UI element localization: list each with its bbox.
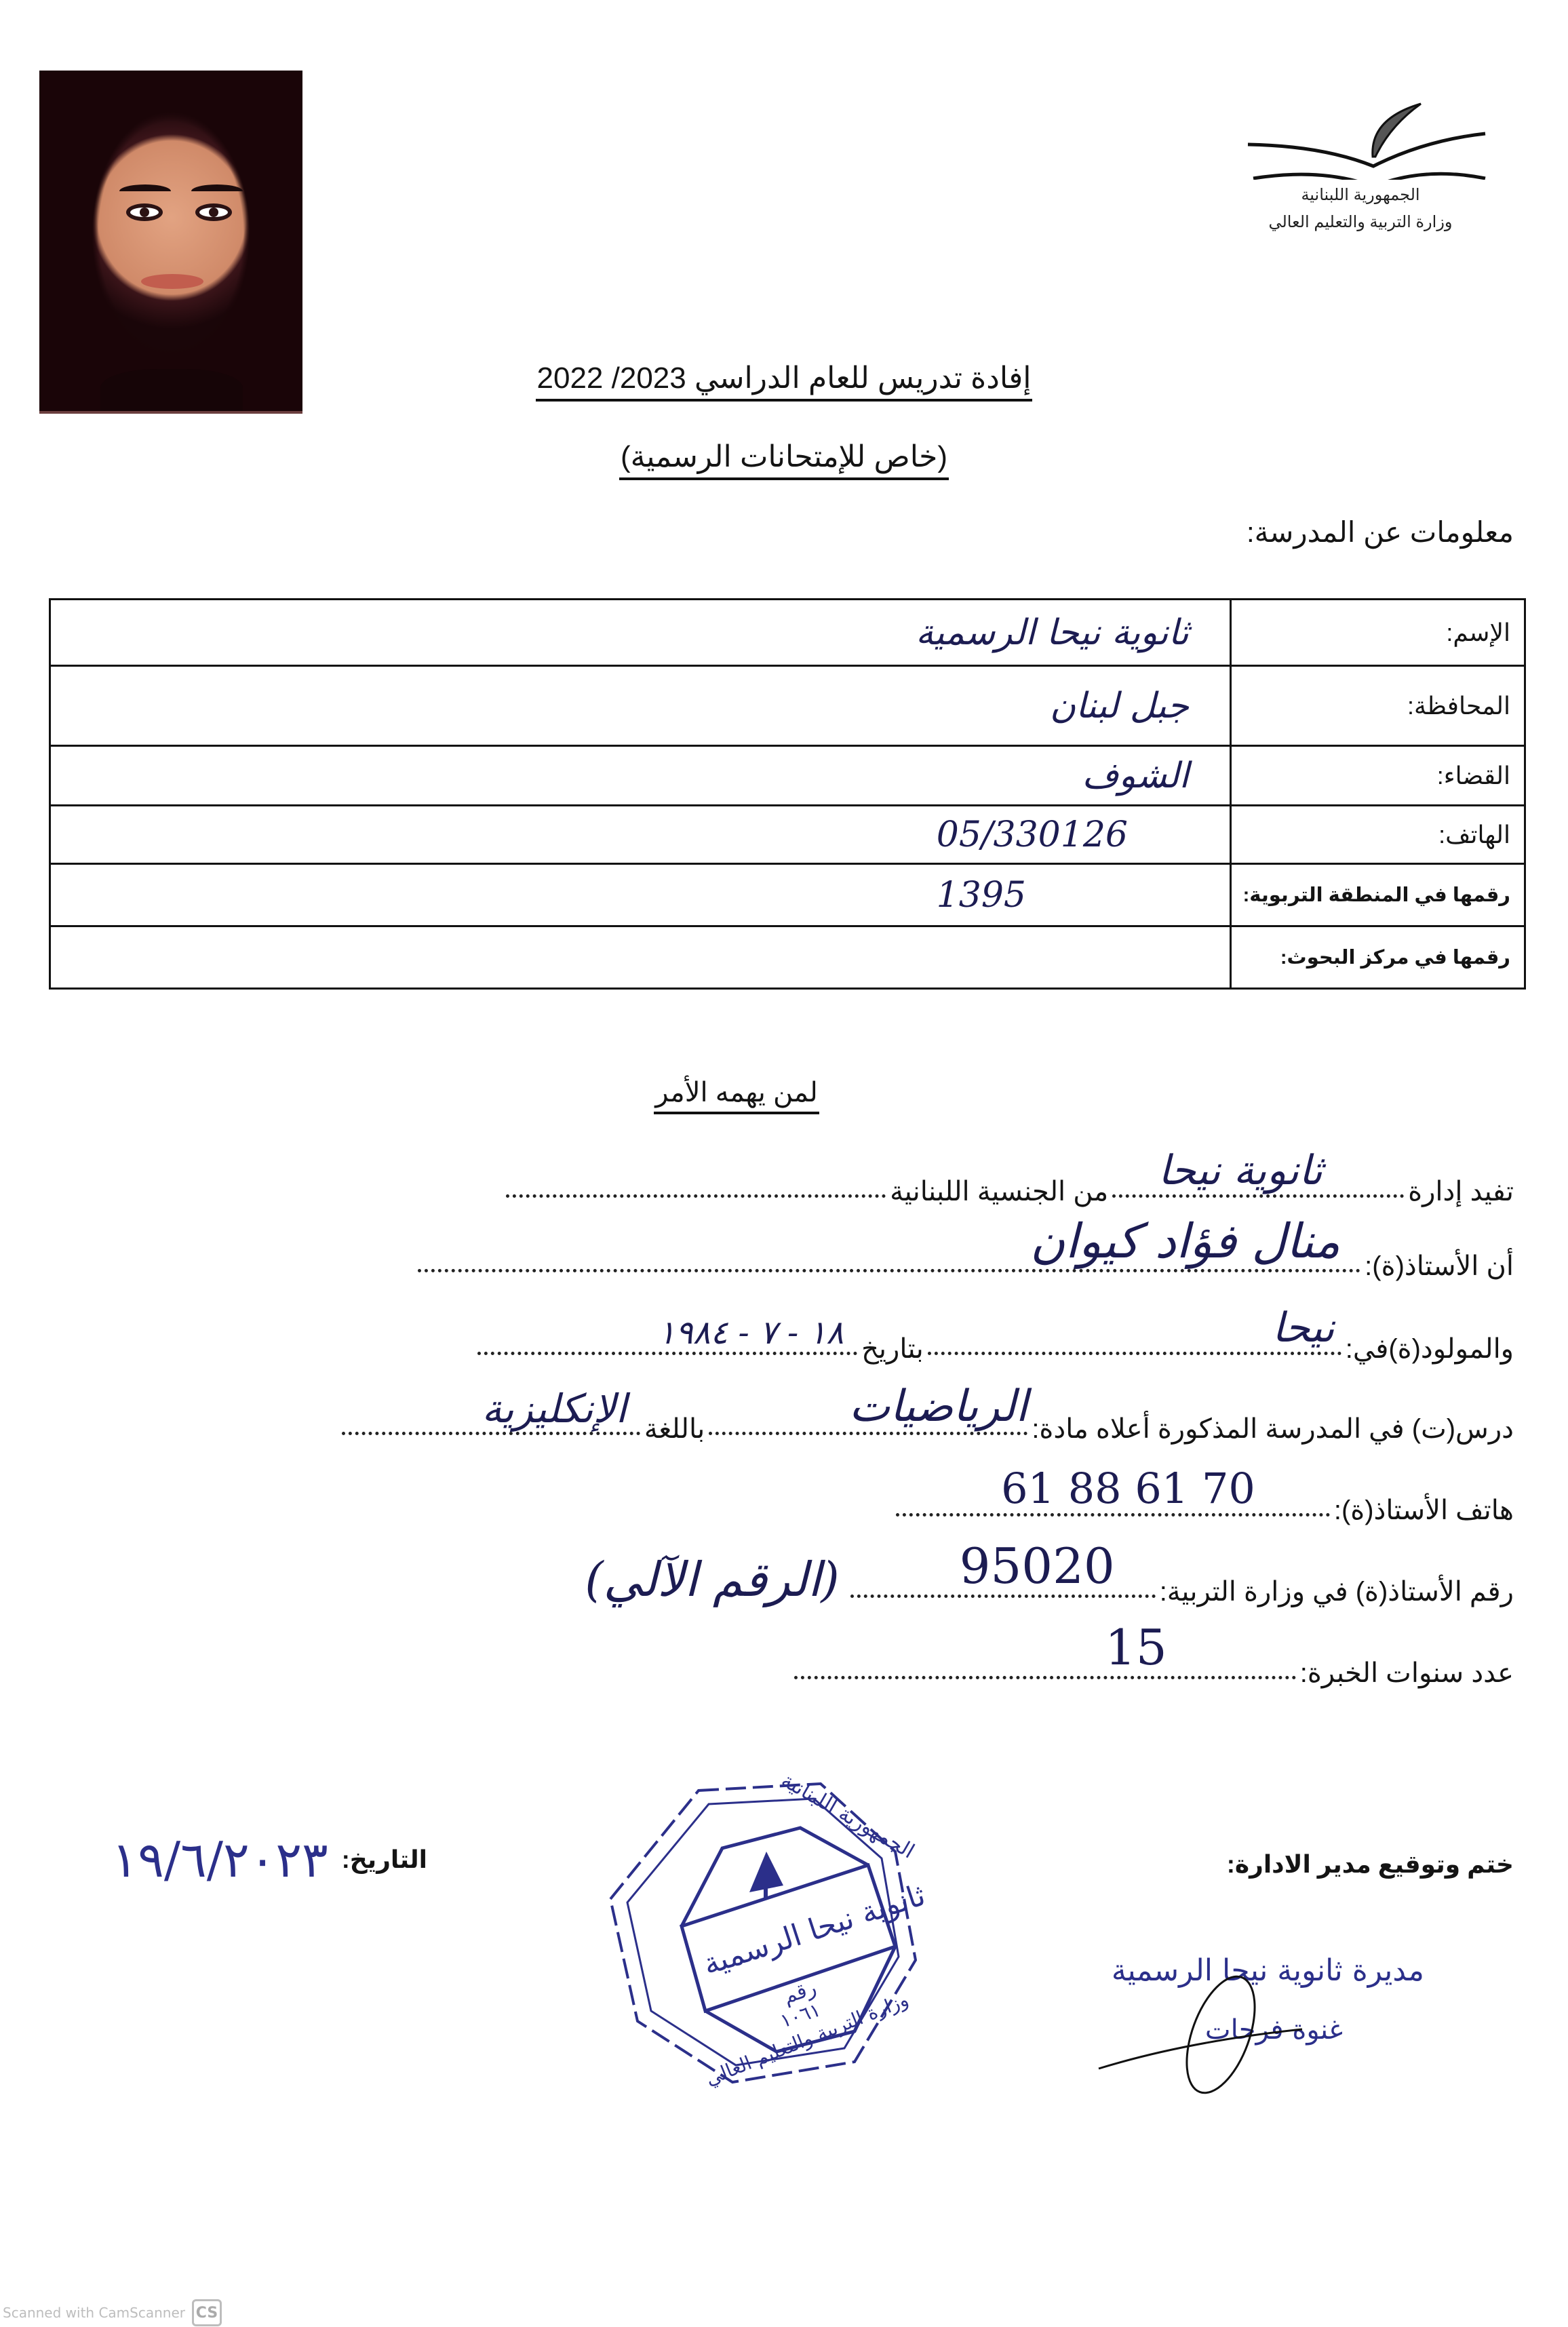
field-ministry-number: 95020 [850, 1595, 1156, 1598]
label-teacher-phone: هاتف الأستاذ(ة): [1334, 1495, 1514, 1526]
line-subject: درس(ت) في المدرسة المذكورة أعلاه مادة: ا… [342, 1384, 1514, 1445]
label-name: الإسم: [1231, 600, 1525, 666]
value-governorate: جبل لبنان [50, 666, 1231, 746]
label-edu-region-number: رقمها في المنطقة التربوية: [1231, 864, 1525, 926]
line-ministry-number: رقم الأستاذ(ة) في وزارة التربية: 95020 (… [585, 1546, 1514, 1607]
date-block: التاريخ: ١٩/٦/٢٠٢٣ [20, 1831, 427, 1888]
value-school-name: ثانوية نيحا الرسمية [50, 600, 1231, 666]
table-row: القضاء: الشوف [50, 746, 1525, 806]
document-title-text: إفادة تدريس للعام الدراسي 2023/ 2022 [536, 361, 1033, 402]
field-experience: 15 [794, 1676, 1296, 1679]
cedar-tree-icon [749, 1852, 783, 1899]
line-teacher-phone: هاتف الأستاذ(ة): 70 61 88 61 [896, 1465, 1514, 1526]
label-teacher-name: أن الأستاذ(ة): [1365, 1251, 1514, 1282]
value-language: الإنكليزية [482, 1386, 627, 1432]
value-administration: ثانوية نيحا [1158, 1147, 1322, 1194]
value-birthdate: ١٨ - ٧ - ١٩٨٤ [658, 1314, 844, 1352]
photo-eye-left [126, 203, 163, 221]
field-teacher-phone: 70 61 88 61 [896, 1513, 1330, 1517]
line-administration: تفيد إدارة ثانوية نيحا من الجنسية اللبنا… [506, 1146, 1514, 1207]
label-language: باللغة [644, 1413, 705, 1445]
ministry-name: وزارة التربية والتعليم العالي [1238, 212, 1483, 232]
document-subtitle: (خاص للإمتحانات الرسمية) [0, 439, 1568, 474]
field-nationality-trailing [506, 1194, 886, 1198]
label-ministry-number: رقم الأستاذ(ة) في وزارة التربية: [1160, 1576, 1514, 1607]
field-administration: ثانوية نيحا [1112, 1194, 1404, 1198]
school-info-heading: معلومات عن المدرسة: [1247, 515, 1514, 549]
label-administration: تفيد إدارة [1408, 1176, 1514, 1207]
camscanner-logo-icon: CS [192, 2299, 222, 2326]
value-research-center-number [50, 926, 1231, 989]
label-birthplace: والمولود(ة)في: [1346, 1333, 1514, 1365]
date-value: ١٩/٦/٢٠٢٣ [112, 1831, 328, 1888]
value-birthplace: نيحا [1272, 1304, 1335, 1352]
field-teacher-name: منال فؤاد كيوان [418, 1269, 1360, 1272]
value-phone: 05/330126 [50, 806, 1231, 864]
label-district: القضاء: [1231, 746, 1525, 806]
photo-hair [39, 71, 302, 411]
photo-brow-right [191, 184, 243, 198]
date-label: التاريخ: [342, 1845, 427, 1874]
open-book-quill-icon [1241, 92, 1499, 180]
value-edu-region-number: 1395 [50, 864, 1231, 926]
field-birthplace: نيحا [928, 1352, 1341, 1355]
document-title: إفادة تدريس للعام الدراسي 2023/ 2022 [0, 361, 1568, 395]
label-experience: عدد سنوات الخبرة: [1300, 1658, 1514, 1689]
line-birth: والمولود(ة)في: نيحا بتاريخ ١٨ - ٧ - ١٩٨٤ [477, 1304, 1514, 1365]
table-row: المحافظة: جبل لبنان [50, 666, 1525, 746]
label-governorate: المحافظة: [1231, 666, 1525, 746]
value-teacher-name: منال فؤاد كيوان [1030, 1213, 1340, 1269]
school-stamp: ثانوية نيحا الرسمية الجمهورية اللبنانية … [597, 1777, 922, 2089]
line-teacher-name: أن الأستاذ(ة): منال فؤاد كيوان [418, 1221, 1514, 1282]
field-birthdate: ١٨ - ٧ - ١٩٨٤ [477, 1352, 857, 1355]
value-district: الشوف [50, 746, 1231, 806]
stamp-signature-label: ختم وتوقيع مدير الادارة: [1227, 1850, 1514, 1879]
camscanner-watermark: CS Scanned with CamScanner [3, 2299, 222, 2326]
photo-eye-right [195, 203, 232, 221]
ministry-logo: الجمهورية اللبنانية وزارة التربية والتعل… [1241, 92, 1499, 248]
signature-scribble-icon [1085, 1967, 1397, 2103]
field-subject: الرياضيات [709, 1432, 1027, 1435]
school-info-table: الإسم: ثانوية نيحا الرسمية المحافظة: جبل… [49, 598, 1526, 990]
photo-brow-left [119, 184, 171, 198]
camscanner-text: Scanned with CamScanner [3, 2305, 185, 2321]
table-row: رقمها في المنطقة التربوية: 1395 [50, 864, 1525, 926]
table-row: رقمها في مركز البحوث: [50, 926, 1525, 989]
line-experience: عدد سنوات الخبرة: 15 [794, 1628, 1514, 1689]
republic-name: الجمهورية اللبنانية [1238, 185, 1483, 205]
label-nationality: من الجنسية اللبنانية [890, 1176, 1108, 1207]
table-row: الهاتف: 05/330126 [50, 806, 1525, 864]
table-row: الإسم: ثانوية نيحا الرسمية [50, 600, 1525, 666]
value-subject: الرياضيات [849, 1382, 1027, 1432]
label-research-center-number: رقمها في مركز البحوث: [1231, 926, 1525, 989]
field-language: الإنكليزية [342, 1432, 640, 1435]
label-birthdate: بتاريخ [861, 1333, 924, 1365]
director-signature: مديرة ثانوية نيحا الرسمية غنوة فرحات [1085, 1953, 1438, 2109]
note-automatic-number: (الرقم الآلي) [585, 1552, 839, 1607]
letter-heading: لمن يهمه الأمر [0, 1077, 1521, 1108]
letter-heading-text: لمن يهمه الأمر [654, 1078, 819, 1114]
photo-lips [141, 274, 203, 289]
document-subtitle-text: (خاص للإمتحانات الرسمية) [619, 440, 949, 480]
label-subject: درس(ت) في المدرسة المذكورة أعلاه مادة: [1032, 1413, 1514, 1445]
value-experience: 15 [1105, 1619, 1167, 1676]
value-teacher-phone: 70 61 88 61 [1001, 1464, 1255, 1513]
label-phone: الهاتف: [1231, 806, 1525, 864]
value-ministry-number: 95020 [960, 1538, 1115, 1595]
